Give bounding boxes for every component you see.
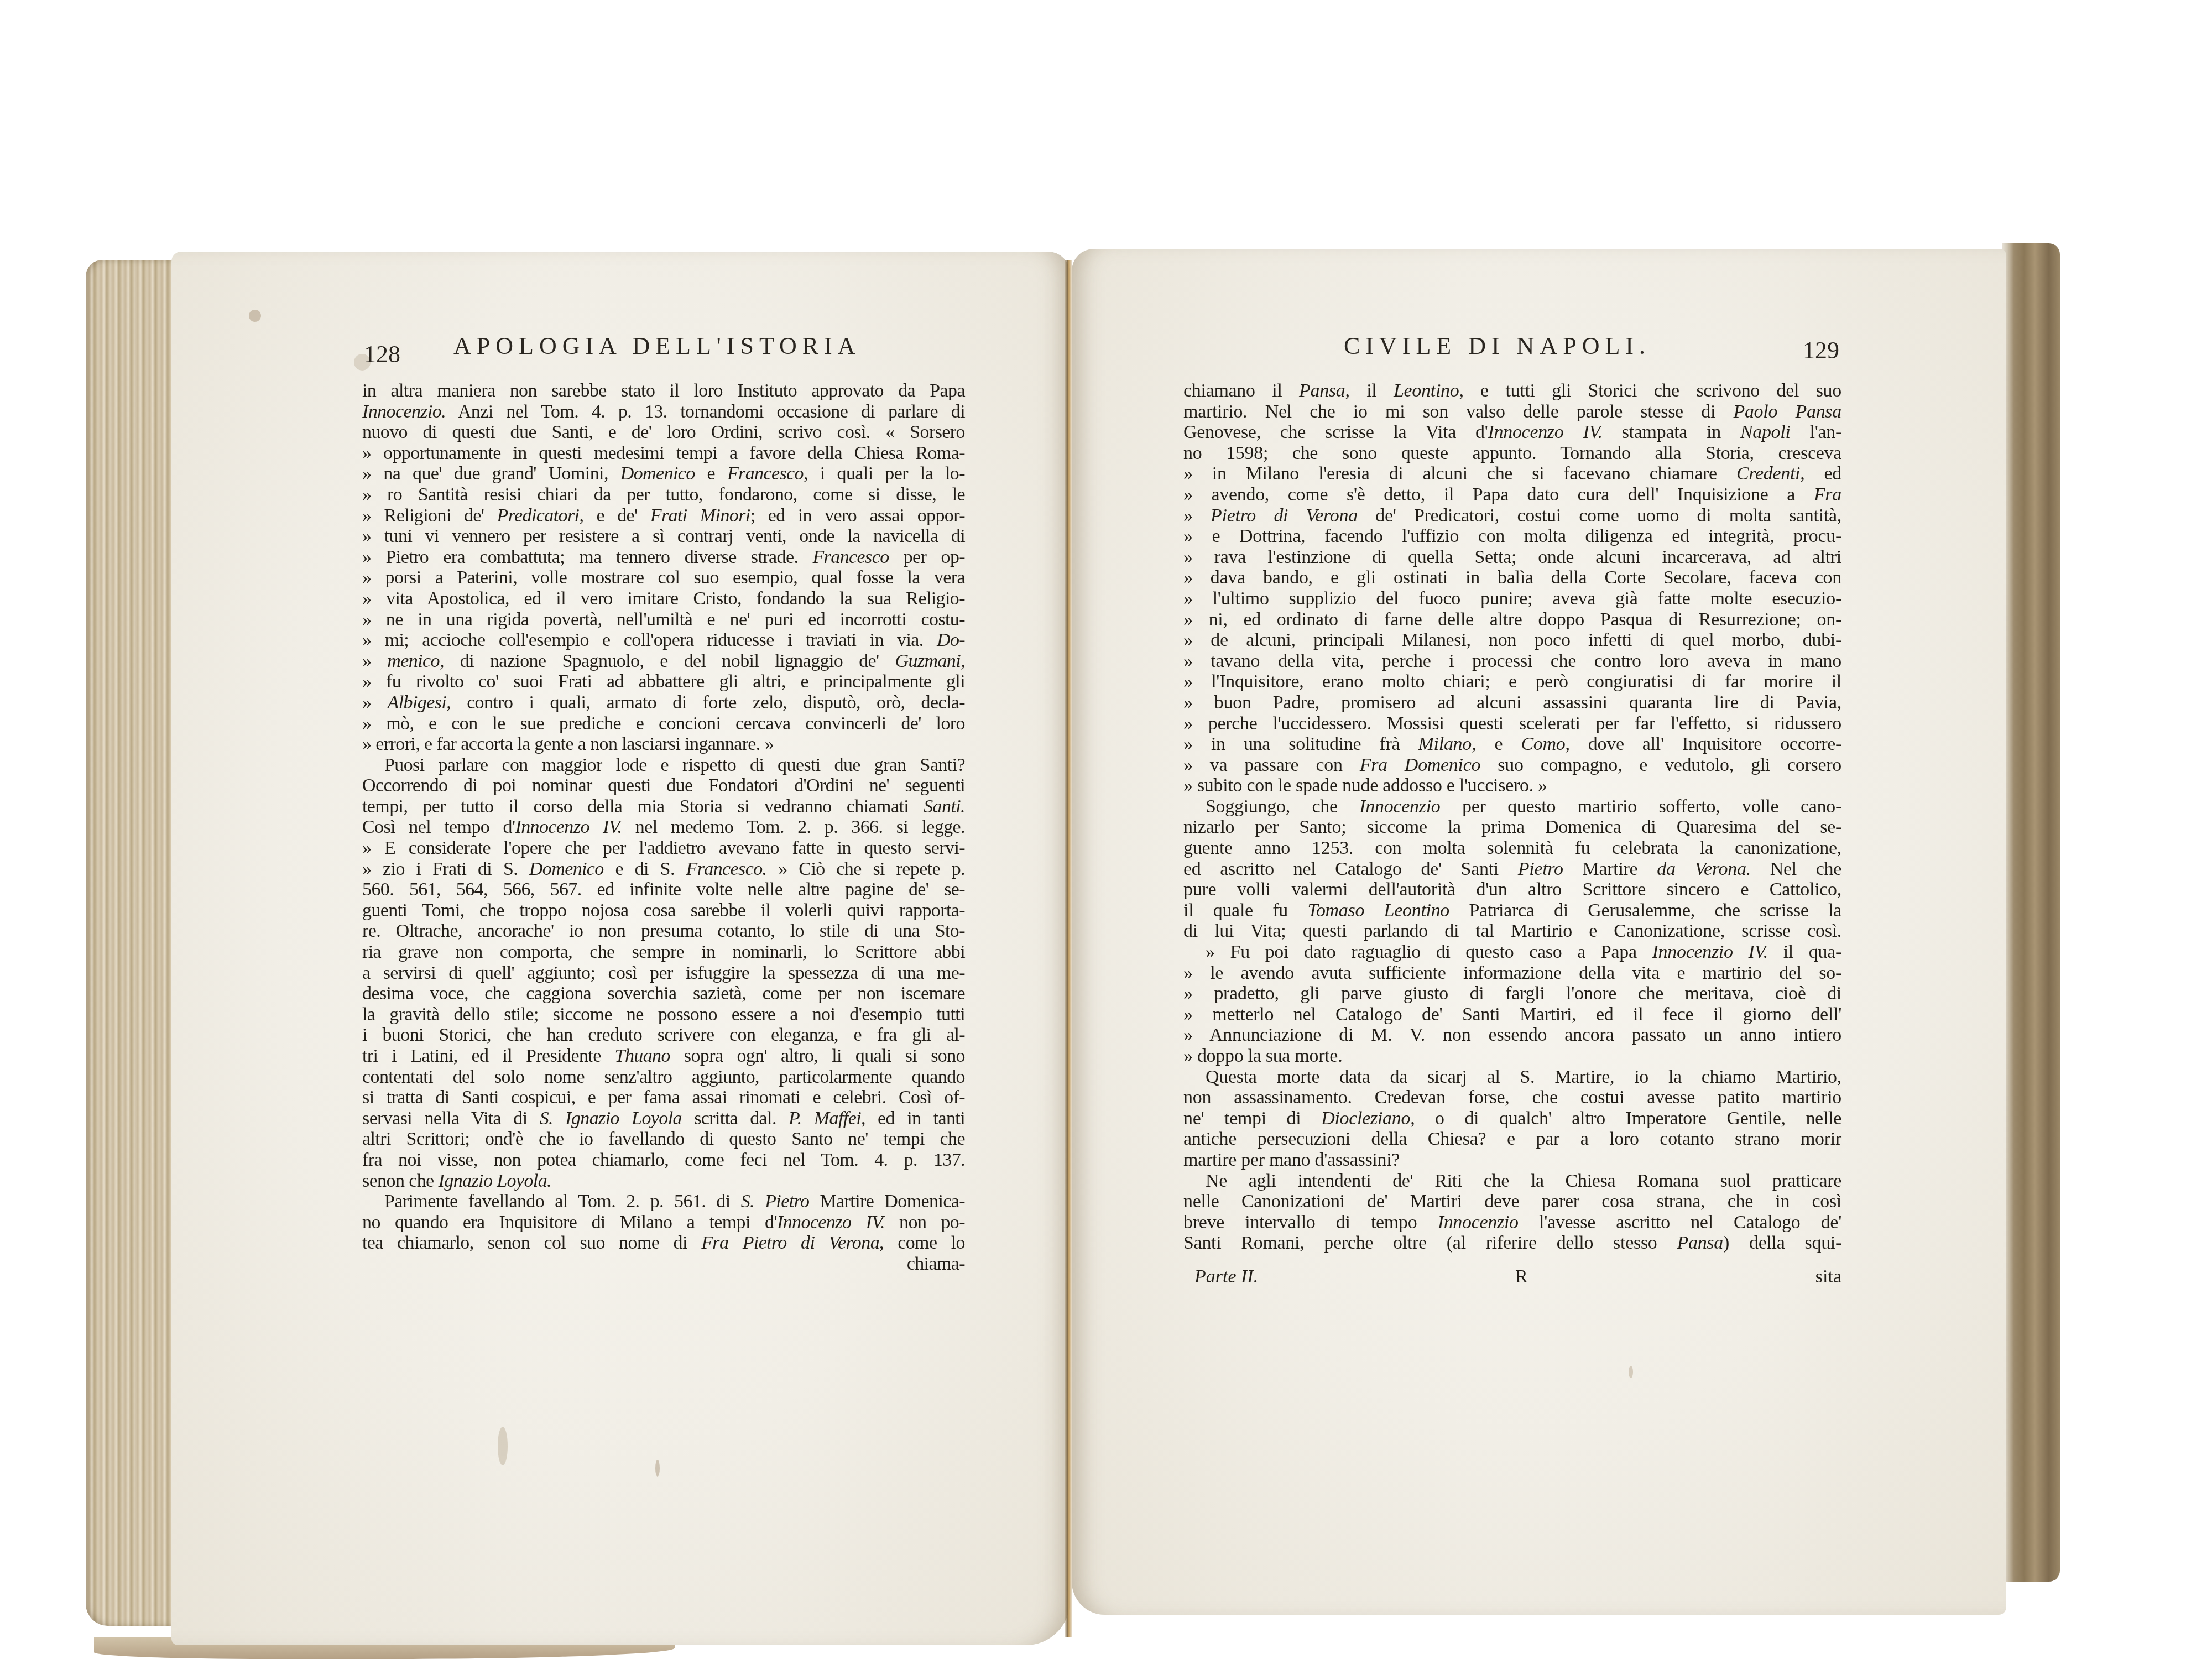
left-page-number: 128 — [364, 340, 400, 368]
italic-text: Pietro — [1518, 859, 1563, 879]
text-line: » le avendo avuta sufficiente informazio… — [1183, 963, 1841, 984]
text-run: » — [1183, 505, 1211, 526]
text-line: in altra maniera non sarebbe stato il lo… — [362, 380, 965, 401]
text-line: » opportunamente in questi medesimi temp… — [362, 443, 965, 464]
italic-text: Fra — [1814, 484, 1841, 505]
italic-text: Guzmani — [895, 651, 961, 671]
text-line: » na que' due grand' Uomini, Domenico e … — [362, 463, 965, 484]
open-book: 128 APOLOGIA DELL'ISTORIA CIVILE DI NAPO… — [0, 0, 2212, 1659]
text-run: tri i Latini, ed il Presidente — [362, 1046, 615, 1066]
italic-text: Predicatori — [497, 505, 580, 526]
text-run: , e tutti gli Storici che scrivono del s… — [1459, 380, 1841, 401]
foxing-spot — [498, 1427, 508, 1465]
text-line: » metterlo nel Catalogo de' Santi Martir… — [1183, 1004, 1841, 1025]
text-line: » l'ultimo supplizio del fuoco punire; a… — [1183, 588, 1841, 609]
text-run: Patriarca di Gerusalemme, che scrisse la — [1449, 900, 1841, 921]
italic-text: Innocenzio. — [362, 401, 446, 422]
right-page-number: 129 — [1803, 336, 1839, 364]
text-line: Puosi parlare con maggior lode e rispett… — [362, 755, 965, 776]
text-line: » tuni vi vennero per resistere a sì con… — [362, 526, 965, 547]
text-line: no quando era Inquisitore di Milano a te… — [362, 1212, 965, 1233]
text-line: la gravità dello stile; siccome ne posso… — [362, 1004, 965, 1025]
italic-text: Pansa — [1299, 380, 1345, 401]
italic-text: Innocenzio IV. — [1652, 942, 1768, 962]
italic-text: Ignazio Loyola. — [439, 1171, 551, 1191]
right-running-head: CIVILE DI NAPOLI. — [1344, 332, 1651, 360]
text-run: suo compagno, e vedutolo, gli corsero — [1480, 755, 1841, 775]
text-line: nuovo di questi due Santi, e de' loro Or… — [362, 422, 965, 443]
text-line: » l'Inquisitore, erano molto chiari; e p… — [1183, 671, 1841, 692]
text-run: , ed — [1800, 463, 1841, 484]
text-line: » porsi a Paterini, volle mostrare col s… — [362, 567, 965, 588]
text-run: il qua- — [1768, 942, 1841, 962]
right-fore-edge — [2002, 243, 2060, 1582]
text-line: Genovese, che scrisse la Vita d'Innocenz… — [1183, 422, 1841, 443]
italic-text: Milano — [1418, 734, 1472, 754]
italic-text: Innocenzo IV. — [1488, 422, 1602, 442]
italic-text: Santi. — [924, 796, 965, 817]
text-line: » zio i Frati di S. Domenico e di S. Fra… — [362, 859, 965, 880]
text-line: nizarlo per Santo; siccome la prima Dome… — [1183, 817, 1841, 838]
text-line: » ni, ed ordinato di farne delle altre d… — [1183, 609, 1841, 630]
signature-label: Parte II. — [1194, 1266, 1258, 1287]
italic-text: Innocenzio — [1438, 1212, 1519, 1233]
text-run: ; ed in vero assai oppor- — [750, 505, 965, 526]
italic-text: Innocenzo IV. — [777, 1212, 885, 1233]
italic-text: S. Ignazio Loyola — [540, 1108, 682, 1129]
text-run: , contro i quali, armato di forte zelo, … — [446, 692, 965, 713]
text-line: » tavano della vita, perche i processi c… — [1183, 651, 1841, 672]
text-run: , o di qualch' altro Imperatore Gentile,… — [1410, 1108, 1841, 1129]
text-run: stampata in — [1603, 422, 1740, 442]
text-line: si tratta di Santi cospicui, e per fama … — [362, 1087, 965, 1108]
italic-text: Tomaso Leontino — [1307, 900, 1449, 921]
text-run: » zio i Frati di S. — [362, 859, 529, 879]
italic-text: menico — [387, 651, 440, 671]
text-line: martire per mano d'assassini? — [1183, 1150, 1841, 1171]
text-run: » Pietro era combattuta; ma tennero dive… — [362, 547, 812, 567]
signature-line: Parte II. R sita — [1194, 1266, 1841, 1288]
italic-text: da Verona. — [1657, 859, 1751, 879]
text-line: » ro Santità resisi chiari da per tutto,… — [362, 484, 965, 505]
text-run: l'an- — [1791, 422, 1841, 442]
text-run: il quale fu — [1183, 900, 1307, 921]
text-run: » — [362, 692, 388, 713]
left-running-head: APOLOGIA DELL'ISTORIA — [453, 332, 861, 360]
text-line: chiama- — [362, 1254, 965, 1275]
right-page-text: chiamano il Pansa, il Leontino, e tutti … — [1183, 380, 1841, 1254]
text-line: » subito con le spade nude addosso e l'u… — [1183, 775, 1841, 796]
text-run: » mi; accioche coll'esempio e coll'opera… — [362, 630, 937, 650]
text-line: » pradetto, gli parve giusto di fargli l… — [1183, 983, 1841, 1004]
text-line: » in Milano l'eresia di alcuni che si fa… — [1183, 463, 1841, 484]
text-run: breve intervallo di tempo — [1183, 1212, 1438, 1233]
text-line: » E considerate l'opere che per l'addiet… — [362, 838, 965, 859]
text-run: per questo martirio sofferto, volle cano… — [1441, 796, 1842, 817]
text-run: l'avesse ascritto nel Catalogo de' — [1519, 1212, 1841, 1233]
italic-text: Francesco. — [686, 859, 767, 879]
text-line: il quale fu Tomaso Leontino Patriarca di… — [1183, 900, 1841, 921]
text-line: » menico, di nazione Spagnuolo, e del no… — [362, 651, 965, 672]
text-run: , come lo — [879, 1233, 965, 1253]
text-line: Così nel tempo d'Innocenzo IV. nel medem… — [362, 817, 965, 838]
text-run: chiamano il — [1183, 380, 1299, 401]
text-run: » va passare con — [1183, 755, 1360, 775]
text-line: servasi nella Vita di S. Ignazio Loyola … — [362, 1108, 965, 1129]
text-run: » Ciò che si repete p. — [767, 859, 966, 879]
text-line: » fu rivolto co' suoi Frati ad abbattere… — [362, 671, 965, 692]
italic-text: Pansa — [1677, 1233, 1723, 1253]
text-line: » mi; accioche coll'esempio e coll'opera… — [362, 630, 965, 651]
text-run: ed ascritto nel Catalogo de' Santi — [1183, 859, 1518, 879]
text-run: , ed in tanti — [861, 1108, 965, 1129]
text-run: Nel che — [1751, 859, 1841, 879]
text-line: non assassinamento. Credevan forse, che … — [1183, 1087, 1841, 1108]
left-page-text: in altra maniera non sarebbe stato il lo… — [362, 380, 965, 1275]
text-run: no quando era Inquisitore di Milano a te… — [362, 1212, 777, 1233]
italic-text: Fra Pietro di Verona — [701, 1233, 879, 1253]
italic-text: Domenico — [529, 859, 604, 879]
text-run: scritta dal. — [682, 1108, 789, 1129]
text-run: Così nel tempo d' — [362, 817, 515, 837]
italic-text: Napoli — [1740, 422, 1791, 442]
text-run: » na que' due grand' Uomini, — [362, 463, 620, 484]
text-line: contentati del solo nome senz'altro aggi… — [362, 1067, 965, 1088]
text-line: » ne in una rigida povertà, nell'umiltà … — [362, 609, 965, 630]
text-line: altri Scrittori; ond'è che io favellando… — [362, 1129, 965, 1150]
text-line: Ne agli intendenti de' Riti che la Chies… — [1183, 1171, 1841, 1192]
text-line: » Albigesi, contro i quali, armato di fo… — [362, 692, 965, 713]
text-line: ed ascritto nel Catalogo de' Santi Pietr… — [1183, 859, 1841, 880]
text-line: Soggiungo, che Innocenzio per questo mar… — [1183, 796, 1841, 817]
text-line: antiche persecuzioni della Chiesa? e par… — [1183, 1129, 1841, 1150]
text-run: Martire Domenica- — [809, 1191, 965, 1212]
text-run: » Religioni de' — [362, 505, 497, 526]
text-line: Occorrendo di poi nominar questi due Fon… — [362, 775, 965, 796]
text-line: breve intervallo di tempo Innocenzio l'a… — [1183, 1212, 1841, 1233]
text-run: ne' tempi di — [1183, 1108, 1321, 1129]
text-line: » va passare con Fra Domenico suo compag… — [1183, 755, 1841, 776]
text-run: Martire — [1563, 859, 1657, 879]
foxing-spot — [655, 1460, 660, 1477]
text-line: Innocenzio. Anzi nel Tom. 4. p. 13. torn… — [362, 401, 965, 422]
text-line: chiamano il Pansa, il Leontino, e tutti … — [1183, 380, 1841, 401]
text-line: ria grave non comporta, che sempre in no… — [362, 942, 965, 963]
text-run: » — [362, 651, 387, 671]
text-run: , — [961, 651, 965, 671]
text-line: » vita Apostolica, ed il vero imitare Cr… — [362, 588, 965, 609]
text-line: » dava bando, e gli ostinati in balìa de… — [1183, 567, 1841, 588]
italic-text: Thuano — [615, 1046, 670, 1066]
text-line: senon che Ignazio Loyola. — [362, 1171, 965, 1192]
text-line: ne' tempi di Diocleziano, o di qualch' a… — [1183, 1108, 1841, 1129]
text-run: » in Milano l'eresia di alcuni che si fa… — [1183, 463, 1736, 484]
text-run: servasi nella Vita di — [362, 1108, 540, 1129]
text-run: Genovese, che scrisse la Vita d' — [1183, 422, 1488, 442]
italic-text: Domenico — [620, 463, 695, 484]
italic-text: Innocenzo IV. — [515, 817, 622, 837]
text-line: Questa morte data da sicarj al S. Martir… — [1183, 1067, 1841, 1088]
italic-text: Leontino — [1394, 380, 1459, 401]
foxing-spot — [1629, 1366, 1633, 1378]
text-run: senon che — [362, 1171, 439, 1191]
foxing-spot — [249, 310, 261, 322]
italic-text: Francesco — [812, 547, 889, 567]
text-line: » Pietro di Verona de' Predicatori, cost… — [1183, 505, 1841, 526]
italic-text: Paolo Pansa — [1733, 401, 1841, 422]
text-line: » doppo la sua morte. — [1183, 1046, 1841, 1067]
text-run: Anzi nel Tom. 4. p. 13. tornandomi occas… — [446, 401, 965, 422]
text-run: Parimente favellando al Tom. 2. p. 561. … — [384, 1191, 741, 1212]
text-line: guente anno 1253. con molta solennità fu… — [1183, 838, 1841, 859]
text-run: Soggiungo, che — [1206, 796, 1359, 817]
text-run: martirio. Nel che io mi son valso delle … — [1183, 401, 1733, 422]
italic-text: Innocenzio — [1359, 796, 1440, 817]
left-fore-edge — [86, 260, 182, 1626]
italic-text: Credenti — [1736, 463, 1800, 484]
text-run: sopra ogn' altro, li quali si sono — [670, 1046, 965, 1066]
text-line: tea chiamarlo, senon col suo nome di Fra… — [362, 1233, 965, 1254]
text-line: a servirsi di quell' aggiunto; così per … — [362, 963, 965, 984]
text-line: desima voce, che caggiona soverchia sazi… — [362, 983, 965, 1004]
text-line: no 1598; che sono queste appunto. Tornan… — [1183, 443, 1841, 464]
text-run: , e de' — [579, 505, 650, 526]
book-gutter — [1065, 260, 1072, 1637]
text-line: » avendo, come s'è detto, il Papa dato c… — [1183, 484, 1841, 505]
text-run: ) della squi- — [1723, 1233, 1841, 1253]
text-line: » errori, e far accorta la gente a non l… — [362, 734, 965, 755]
text-line: tempi, per tutto il corso della mia Stor… — [362, 796, 965, 817]
italic-text: Do- — [937, 630, 965, 650]
text-run: nel medemo Tom. 2. p. 366. si legge. — [622, 817, 965, 837]
text-line: tri i Latini, ed il Presidente Thuano so… — [362, 1046, 965, 1067]
text-line: i buoni Storici, che han creduto scriver… — [362, 1025, 965, 1046]
text-line: pure volli valermi dell'autorità d'un al… — [1183, 879, 1841, 900]
italic-text: Frati Minori — [650, 505, 750, 526]
text-run: tempi, per tutto il corso della mia Stor… — [362, 796, 924, 817]
text-line: » perche l'uccidessero. Mossisi questi s… — [1183, 713, 1841, 734]
text-line: » Fu poi dato raguaglio di questo caso a… — [1183, 942, 1841, 963]
text-run: tea chiamarlo, senon col suo nome di — [362, 1233, 701, 1253]
text-run: , il — [1345, 380, 1394, 401]
text-line: 560. 561, 564, 566, 567. ed infinite vol… — [362, 879, 965, 900]
text-run: , e — [1472, 734, 1521, 754]
text-run: de' Predicatori, costui come uomo di mol… — [1358, 505, 1841, 526]
text-run: e di S. — [604, 859, 686, 879]
italic-text: Diocleziano — [1321, 1108, 1410, 1129]
catchword: sita — [1815, 1266, 1841, 1287]
text-line: » in una solitudine frà Milano, e Como, … — [1183, 734, 1841, 755]
italic-text: Pietro di Verona — [1211, 505, 1358, 526]
text-run: , dove all' Inquisitore occorre- — [1565, 734, 1841, 754]
signature-mark: R — [1515, 1266, 1528, 1287]
italic-text: Albigesi — [388, 692, 447, 713]
italic-text: P. Maffei — [789, 1108, 861, 1129]
text-line: » Pietro era combattuta; ma tennero dive… — [362, 547, 965, 568]
text-line: » Religioni de' Predicatori, e de' Frati… — [362, 505, 965, 526]
text-line: guenti Tomi, che troppo nojosa cosa sare… — [362, 900, 965, 921]
text-run: non po- — [885, 1212, 965, 1233]
text-run: » avendo, come s'è detto, il Papa dato c… — [1183, 484, 1814, 505]
text-line: Santi Romani, perche oltre (al riferire … — [1183, 1233, 1841, 1254]
italic-text: Como — [1521, 734, 1565, 754]
text-run: , i quali per la lo- — [804, 463, 965, 484]
text-run: per op- — [889, 547, 965, 567]
text-line: Parimente favellando al Tom. 2. p. 561. … — [362, 1191, 965, 1212]
text-run: , di nazione Spagnuolo, e del nobil lign… — [440, 651, 895, 671]
text-line: martirio. Nel che io mi son valso delle … — [1183, 401, 1841, 422]
text-line: fra noi visse, non potea chiamarlo, come… — [362, 1150, 965, 1171]
text-run: e — [695, 463, 727, 484]
text-line: » rava l'estinzione di quella Setta; ond… — [1183, 547, 1841, 568]
text-run: » in una solitudine frà — [1183, 734, 1418, 754]
text-line: » e Dottrina, facendo l'uffizio con molt… — [1183, 526, 1841, 547]
italic-text: Francesco — [727, 463, 804, 484]
text-run: » Fu poi dato raguaglio di questo caso a… — [1206, 942, 1652, 962]
text-line: » Annunciazione di M. V. non essendo anc… — [1183, 1025, 1841, 1046]
italic-text: Fra Domenico — [1360, 755, 1481, 775]
text-line: » de alcuni, principali Milanesi, non po… — [1183, 630, 1841, 651]
text-run: Santi Romani, perche oltre (al riferire … — [1183, 1233, 1677, 1253]
text-line: » buon Padre, promisero ad alcuni assass… — [1183, 692, 1841, 713]
text-line: » mò, e con le sue prediche e concioni c… — [362, 713, 965, 734]
text-line: di lui Vita; questi parlando di tal Mart… — [1183, 921, 1841, 942]
text-line: re. Oltrache, ancorache' io non presuma … — [362, 921, 965, 942]
text-line: nelle Canonizationi de' Martiri deve par… — [1183, 1191, 1841, 1212]
italic-text: S. Pietro — [741, 1191, 810, 1212]
